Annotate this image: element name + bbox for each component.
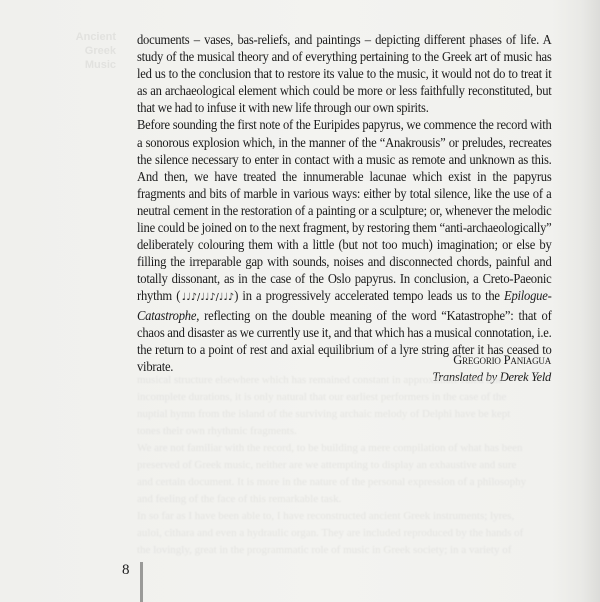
author-name: Gregorio Paniagua — [432, 352, 551, 369]
bleed-heading-line-1: Ancient — [52, 30, 116, 44]
bleed-line: incomplete durations, it is only natural… — [137, 389, 552, 406]
paragraph-2-text-b: ) in a progressively accelerated tempo l… — [234, 288, 504, 303]
bleed-line: In so far as I have been able to, I have… — [137, 508, 552, 525]
paragraph-2: Before sounding the first note of the Eu… — [137, 116, 552, 374]
bleed-line: nuptial hymn from the island of the surv… — [137, 406, 552, 423]
bleed-line: preserved of Greek music, neither are we… — [137, 457, 552, 474]
bleed-heading-line-2: Greek Music — [52, 44, 116, 72]
paragraph-1: documents – vases, bas-reliefs, and pain… — [137, 31, 552, 116]
page-margin-rule — [140, 562, 143, 602]
bleed-line: tones their own rhythmic fragments. — [137, 423, 552, 440]
rhythm-notation-icon: ♩♩♪/♩♩♪/♩♩♪ — [180, 292, 234, 303]
document-page: Ancient Greek Music documents – vases, b… — [0, 0, 600, 602]
text-column: documents – vases, bas-reliefs, and pain… — [137, 31, 552, 375]
bleed-line: and certain document. It is more in the … — [137, 474, 552, 491]
bleed-line: and feeling of the face of this remarkab… — [137, 491, 552, 508]
bleed-line: musical structure elsewhere which has re… — [137, 372, 552, 389]
bleed-line: the lovingly, great in the programmatic … — [137, 542, 552, 559]
page-number: 8 — [122, 562, 130, 579]
paragraph-2-text-a: Before sounding the first note of the Eu… — [137, 117, 552, 303]
bleed-line: auloi, cithara and even a hydraulic orga… — [137, 525, 552, 542]
bleed-line: We are not familiar with the record, to … — [137, 440, 552, 457]
bleed-through-text: musical structure elsewhere which has re… — [137, 372, 552, 559]
bleed-through-heading: Ancient Greek Music — [52, 30, 116, 72]
